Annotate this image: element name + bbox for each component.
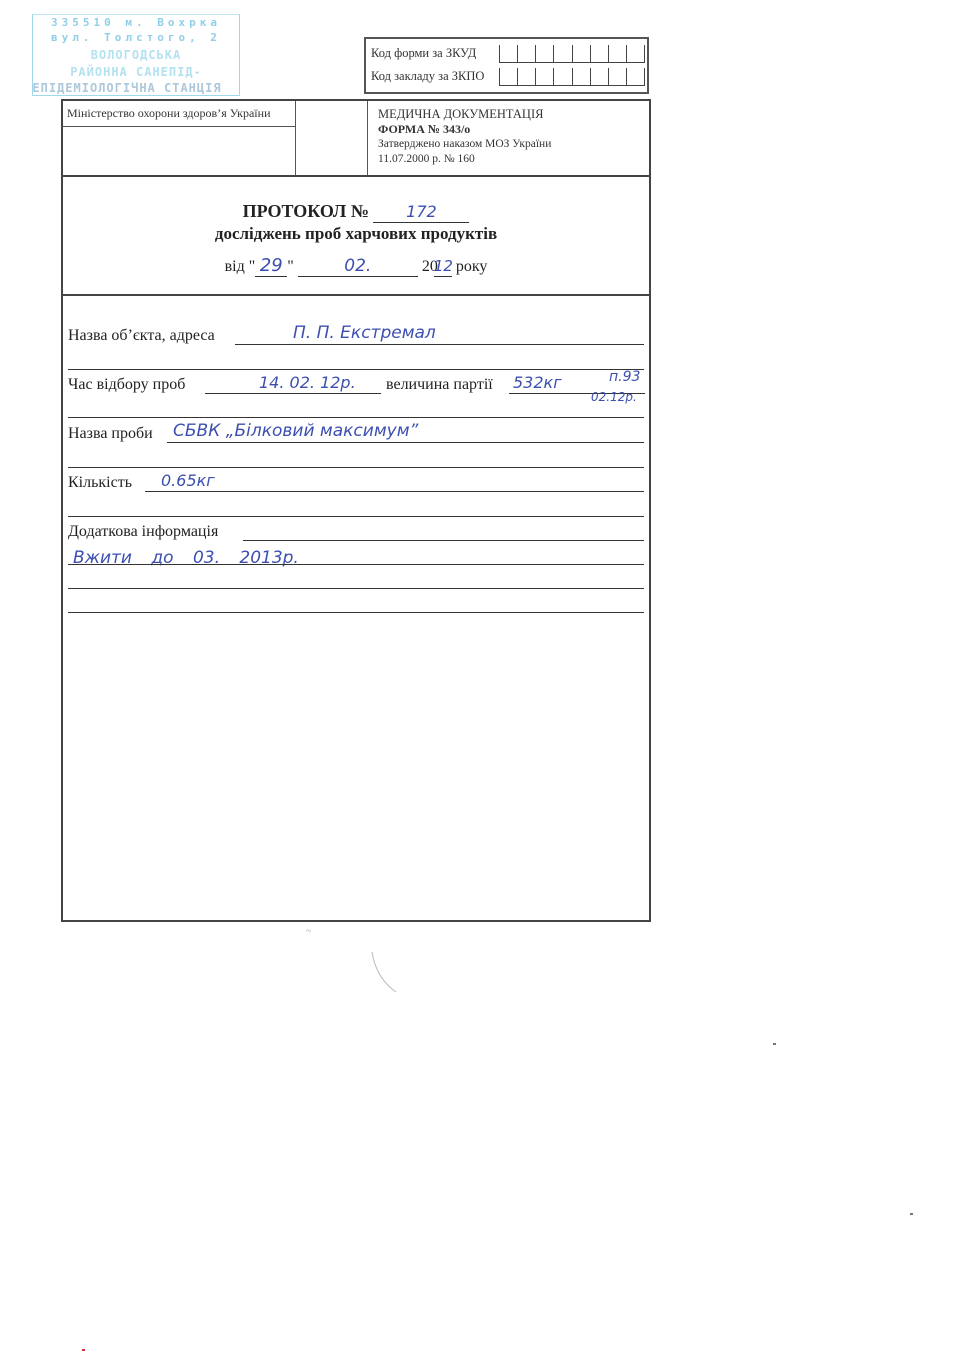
protocol-form: Міністерство охорони здоров’я України МЕ…: [61, 99, 651, 922]
protocol-label: ПРОТОКОЛ №: [243, 201, 369, 221]
institution-code-row: Код закладу за ЗКПО: [371, 66, 484, 86]
month-value: 02.: [344, 256, 371, 276]
form-number: ФОРМА № 343/о: [378, 122, 470, 137]
quantity-line-2[interactable]: [68, 516, 644, 517]
year-label: року: [456, 258, 488, 275]
form-info-cell: МЕДИЧНА ДОКУМЕНТАЦІЯ ФОРМА № 343/о Затве…: [367, 101, 650, 175]
sampling-time-label: Час відбору проб: [68, 376, 185, 394]
institution-code-label: Код закладу за ЗКПО: [371, 69, 484, 83]
additional-line-4[interactable]: [68, 612, 644, 613]
protocol-subtitle: досліджень проб харчових продуктів: [63, 224, 649, 244]
form-header: Міністерство охорони здоров’я України МЕ…: [63, 101, 649, 177]
scan-mark: ~: [306, 926, 311, 937]
object-input-line[interactable]: [235, 344, 644, 345]
scan-speck: [82, 1349, 85, 1351]
additional-info-input-line[interactable]: [243, 540, 644, 541]
batch-size-value: 532кг: [513, 373, 562, 392]
scan-curve: [370, 950, 400, 995]
quantity-input-line[interactable]: [145, 491, 644, 492]
quantity-label: Кількість: [68, 474, 132, 492]
from-label: від: [225, 258, 245, 275]
sampling-time-value: 14. 02. 12р.: [259, 373, 356, 392]
institution-code-cells[interactable]: [499, 68, 645, 86]
sample-name-line-2[interactable]: [68, 467, 644, 468]
additional-line-3[interactable]: [68, 588, 644, 589]
sample-name-input-line[interactable]: [167, 442, 644, 443]
batch-note-top: п.93: [609, 369, 640, 385]
ministry-cell: Міністерство охорони здоров’я України: [63, 101, 296, 175]
stamp-line: 335510 м. Вохрка: [37, 16, 235, 29]
form-code-cells[interactable]: [499, 45, 645, 63]
approval-date: 11.07.2000 р. № 160: [378, 153, 475, 165]
object-label: Назва об’єкта, адреса: [68, 327, 215, 345]
protocol-number: 172: [406, 202, 437, 221]
batch-note-bottom: 02.12р.: [591, 390, 637, 404]
batch-size-field: величина партії: [386, 376, 493, 394]
additional-info-value: Вжити до 03. 2013р.: [73, 548, 299, 568]
object-line-2[interactable]: [68, 369, 644, 370]
ministry-name: Міністерство охорони здоров’я України: [67, 106, 270, 121]
form-code-label: Код форми за ЗКУД: [371, 46, 476, 60]
divider: [63, 126, 295, 127]
sample-name-value: СБВК „Білковий максимум”: [173, 421, 418, 441]
scan-speck: [910, 1213, 913, 1215]
additional-info-label: Додаткова інформація: [68, 523, 218, 541]
protocol-number-field[interactable]: 172: [373, 201, 469, 223]
stamp-line: РАЙОННА САНЕПІД-: [37, 65, 235, 79]
stamp-line: вул. Толстого, 2: [37, 31, 235, 44]
stamp-line: ВОЛОГОДСЬКА: [37, 48, 235, 62]
quantity-value: 0.65кг: [161, 471, 215, 490]
quantity-field: Кількість: [68, 474, 643, 492]
year-suffix: 12: [434, 257, 453, 275]
protocol-date: від "29" 02. 2012 року: [63, 255, 649, 277]
title-block: ПРОТОКОЛ № 172 досліджень проб харчових …: [63, 175, 649, 296]
additional-line-2[interactable]: [68, 564, 644, 565]
doc-type: МЕДИЧНА ДОКУМЕНТАЦІЯ: [378, 107, 543, 122]
sampling-line-2[interactable]: [68, 417, 644, 418]
day-value: 29: [260, 255, 283, 276]
object-value: П. П. Екстремал: [293, 323, 436, 343]
approval-text: Затверджено наказом МОЗ України: [378, 138, 551, 150]
sample-name-label: Назва проби: [68, 425, 153, 443]
batch-size-label: величина партії: [386, 376, 493, 394]
day-field[interactable]: 29: [255, 255, 287, 277]
sampling-time-input-line[interactable]: [205, 393, 381, 394]
form-code-row: Код форми за ЗКУД: [371, 43, 476, 63]
year-field[interactable]: 12: [434, 257, 452, 277]
month-field[interactable]: 02.: [298, 256, 418, 277]
protocol-title: ПРОТОКОЛ № 172: [63, 201, 649, 223]
stamp-line: ЕПІДЕМІОЛОГІЧНА СТАНЦІЯ: [19, 81, 235, 95]
additional-info-field: Додаткова інформація: [68, 523, 643, 541]
institution-stamp: 335510 м. Вохрка вул. Толстого, 2 ВОЛОГО…: [32, 14, 240, 96]
scan-speck: [773, 1043, 776, 1045]
codes-box: Код форми за ЗКУД Код закладу за ЗКПО: [364, 37, 649, 94]
